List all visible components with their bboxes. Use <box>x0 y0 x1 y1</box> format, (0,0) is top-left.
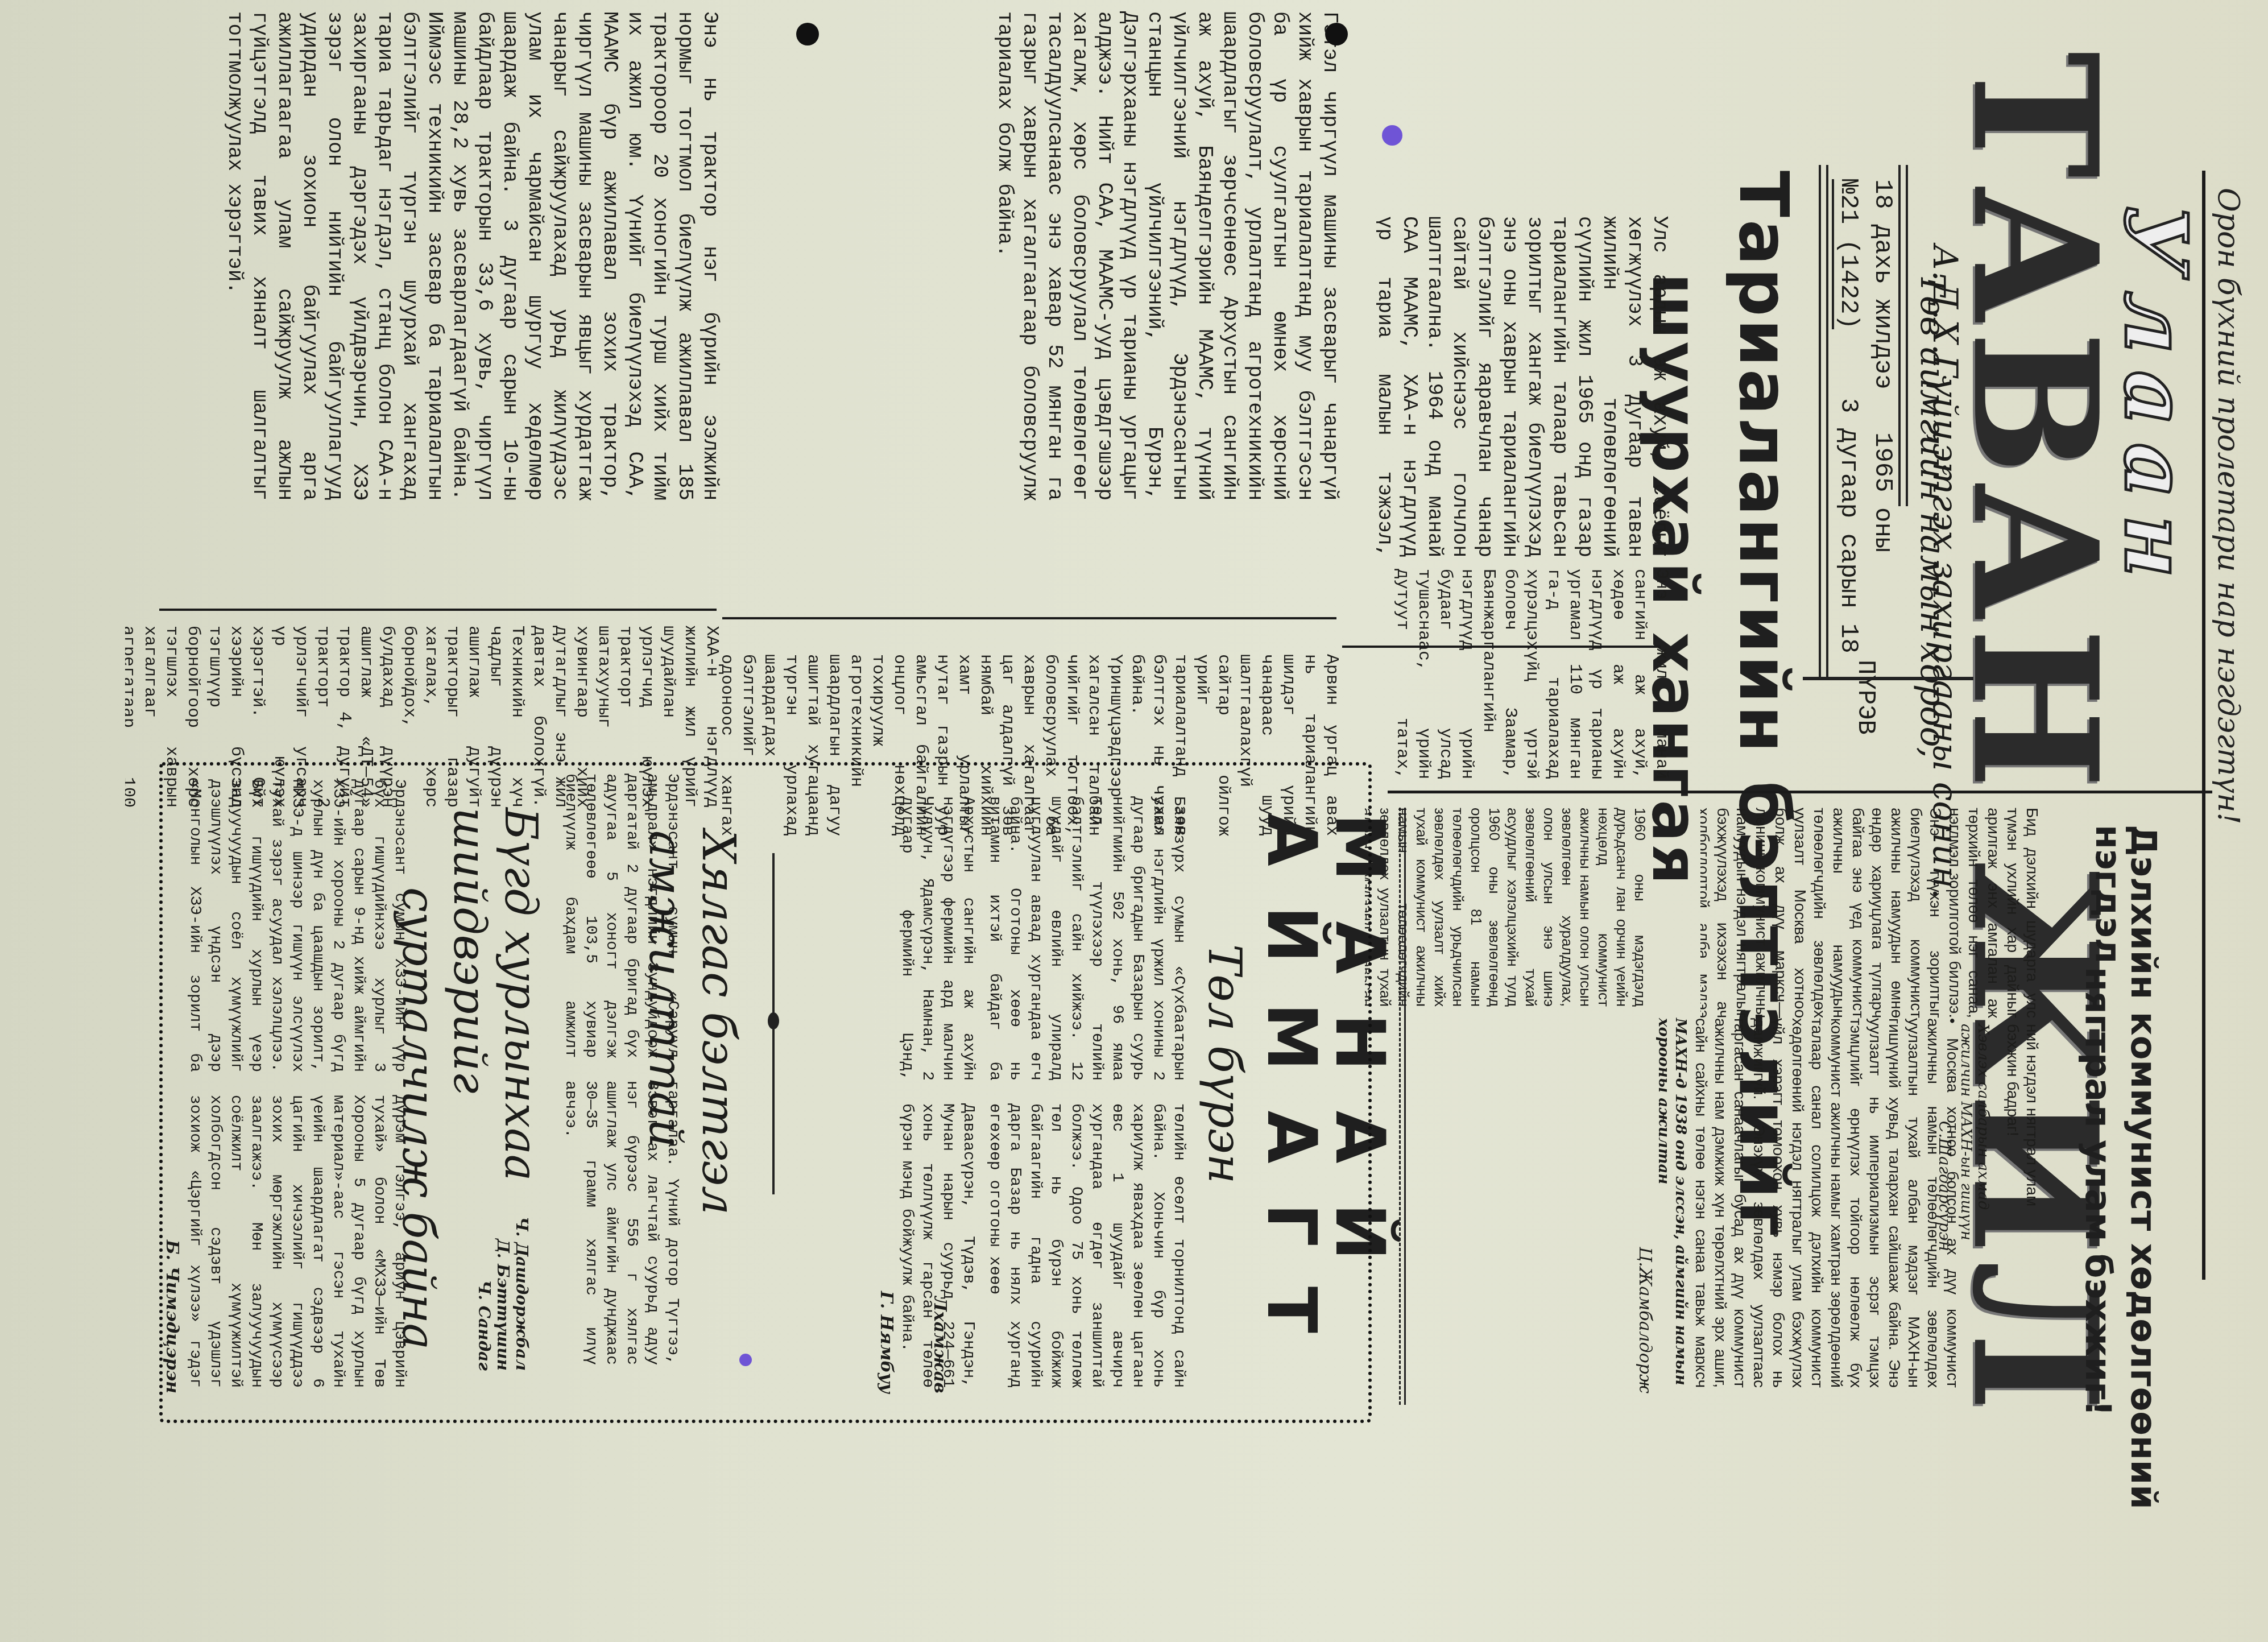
issue-year: 1965 оны <box>1868 432 1897 552</box>
world-col-2: 1960 оны мэдэгдэлд дурьдсанч лан орчин ү… <box>1365 808 1649 1012</box>
masthead-slogan: Орон бүхний пролетари нар нэгдэгтүн! <box>2211 188 2245 824</box>
world-column-text: 1960 оны мэдэгдэлд дурьдсанч лан орчин ү… <box>1365 808 1649 1007</box>
lead-column-4: Энэ жил манай сангийн аж ахуй, хөдөө аж … <box>1388 569 1672 785</box>
issue-volume: 18 дахь жилдээ <box>1868 179 1897 390</box>
article-byline: Б. Чимэдцэрэн <box>162 779 182 1393</box>
lead-column-2: Гэтэл чиргүүл машины засварыг чанаргүй х… <box>717 11 1342 512</box>
lead-column-text: Энэ жил манай сангийн аж ахуй, хөдөө аж … <box>1388 569 1672 779</box>
world-column-text: Бид дэлхийн шударга улс түмэн ухлийн хар… <box>1700 808 2042 1018</box>
column-rule <box>1342 646 1661 648</box>
masthead-subtitle-2: А.Д.Х.Гүйцэтгэх захиргааны сонин. <box>1925 245 1965 899</box>
issue-date: 3 дугаар сарын 18 <box>1834 398 1863 654</box>
article-bugd: Эрдэнэсант сумын ХЗЭ-ийн үүр бүх гишүүди… <box>159 779 409 1393</box>
lead-column-text: Энэ нь трактор нэг бүрийн ээлжийн нормыг… <box>125 11 722 501</box>
world-col-1: Бид дэлхийн шударга улс түмэн ухлийн хар… <box>1700 808 2042 1024</box>
world-byline-2-role: МАХН-д 1938 онд элссэн, аймгийн намын хо… <box>1655 1018 1689 1393</box>
world-headline: Дэлхийн коммунист хөдөлгөөний нэгдэл няг… <box>2047 825 2161 1621</box>
issue-divider <box>1803 677 1973 680</box>
world-byline-1-role: Хэвлэх салбарын ахмад ажилчин МАХН-ын ги… <box>1957 1024 1992 1251</box>
lead-column-1: Улс ардын аж ахуй, соёлыг хөгжүүлэх 3 ду… <box>1376 216 1672 569</box>
section-rule <box>1388 791 2212 793</box>
issue-weekday: ПҮРЭВ <box>1851 660 1880 735</box>
world-col-4: • Москва хотноо болсон ах дүү коммунист … <box>1644 1018 1962 1393</box>
lead-column-3: Энэ нь трактор нэг бүрийн ээлжийн нормыг… <box>125 11 722 512</box>
world-column-text: • Москва хотноо болсон ах дүү коммунист … <box>1695 1018 1962 1388</box>
column-rule <box>722 617 1336 619</box>
local-section-border <box>1399 808 1406 1405</box>
ornament-divider <box>768 853 779 1194</box>
issue-rule-bottom <box>1819 165 1828 677</box>
article-bugd-title: Бүгд хурлынхаа шийдвэрийг сурталчилж бай… <box>432 796 546 1422</box>
column-rule <box>159 609 717 611</box>
article-text: Эрдэнэсант сумын ХЗЭ-ийн үүр бүх гишүүди… <box>182 779 409 1388</box>
world-headline-line2: нягтрал улам бэхжиг! <box>2080 967 2116 1416</box>
ink-blot <box>1382 125 1402 146</box>
article-title-line1: Бүгд хурлынхаа шийдвэрийг <box>444 796 546 1422</box>
article-text: Эрдэнэсант сумын «Саруул амьдрал» нэгдли… <box>535 774 682 1365</box>
issue-rule-top <box>1898 165 1908 506</box>
world-column-text: ний нэгдэл нягтрал улам бэхжин бадраг! <box>2003 1024 2042 1251</box>
article-hyalgas-title: Хялгас бэлтгэл амжилттай <box>688 774 745 1399</box>
binder-hole <box>1325 23 1348 46</box>
lead-column-text: Улс ардын аж ахуй, соёлыг хөгжүүлэх 3 ду… <box>1376 216 1672 557</box>
world-byline-2-name: Ц.Жамбалдорж <box>1635 1018 1655 1393</box>
lead-column-text: Гэтэл чиргүүл машины засварыг чанаргүй х… <box>717 11 1342 501</box>
binder-hole <box>796 23 819 46</box>
issue-number: №21 (1422) <box>1832 179 1863 329</box>
